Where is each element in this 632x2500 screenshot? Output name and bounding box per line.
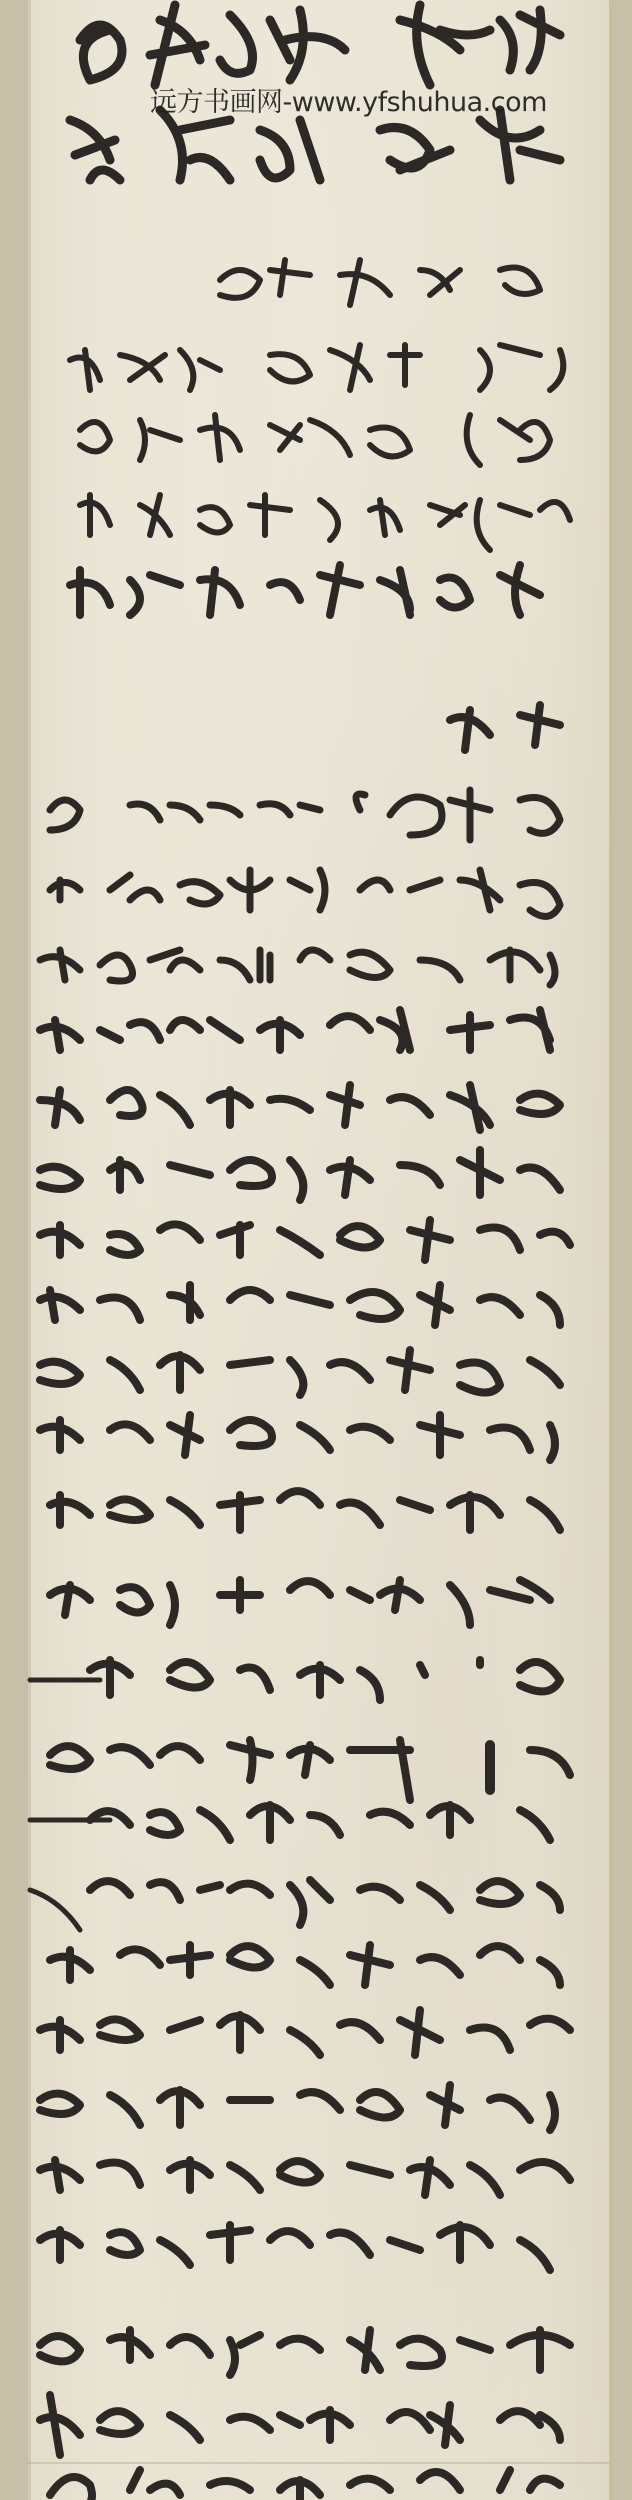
calligraphy-row-main-10 (40, 1350, 560, 1395)
watermark-text: 远方书画网-www.yfshuhua.com (150, 86, 547, 120)
calligraphy-row-main-3 (50, 870, 560, 916)
calligraphy-row-main-20 (40, 2085, 555, 2130)
calligraphy-row-main-15 (50, 1740, 570, 1800)
calligraphy-row-main-16 (30, 1805, 550, 1840)
calligraphy-row-main-22 (40, 2225, 550, 2270)
calligraphy-row-main-18 (50, 1945, 560, 1985)
calligraphy-row-title-1 (80, 5, 560, 85)
calligraphy-row-main-23 (40, 2330, 570, 2375)
calligraphy-row-main-1 (450, 705, 560, 750)
calligraphy-row-inscription-2 (70, 345, 563, 390)
scroll-image: 远方书画网-www.yfshuhua.com (0, 0, 632, 2500)
calligraphy-row-main-11 (40, 1415, 555, 1460)
calligraphy-row-main-14 (30, 1660, 560, 1700)
calligraphy-row-main-5 (40, 1010, 550, 1050)
calligraphy-row-inscription-3 (80, 415, 550, 465)
calligraphy-row-inscription-5 (70, 565, 540, 615)
calligraphy-row-main-8 (40, 1220, 570, 1260)
calligraphy-row-main-25 (50, 2470, 560, 2500)
calligraphy-row-main-9 (40, 1285, 560, 1325)
calligraphy-row-main-4 (40, 950, 555, 985)
calligraphy-row-main-24 (40, 2395, 560, 2455)
calligraphy-row-main-21 (40, 2160, 570, 2195)
calligraphy-row-title-2 (70, 110, 560, 180)
calligraphy-row-main-12 (50, 1491, 560, 1530)
calligraphy-row-main-13 (50, 1580, 550, 1625)
calligraphy-ink (0, 0, 632, 2500)
calligraphy-row-inscription-1 (220, 260, 540, 305)
calligraphy-row-main-2 (50, 790, 560, 840)
calligraphy-row-inscription-4 (80, 495, 570, 550)
calligraphy-row-main-17 (30, 1880, 560, 1930)
calligraphy-row-main-6 (40, 1085, 560, 1130)
calligraphy-row-main-7 (40, 1150, 560, 1200)
calligraphy-row-main-19 (40, 2010, 570, 2055)
